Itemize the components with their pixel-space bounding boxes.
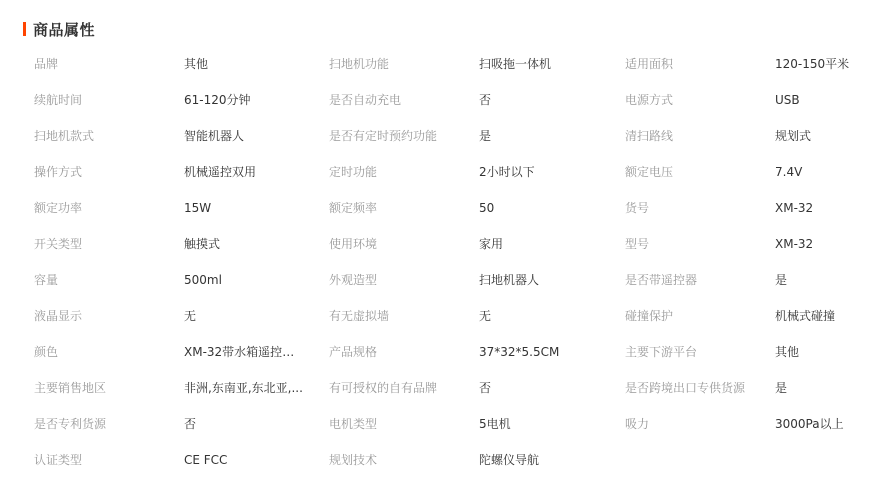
attribute-value: 61-120分钟 (184, 82, 304, 118)
attribute-label: 操作方式 (34, 154, 174, 190)
attribute-row: 认证类型 CE FCC 规划技术 陀螺仪导航 (0, 442, 883, 478)
attribute-value: 扫吸拖一体机 (479, 46, 614, 82)
attribute-label: 是否自动充电 (329, 82, 474, 118)
attribute-value: 其他 (775, 334, 880, 370)
attribute-value: 否 (479, 82, 614, 118)
attribute-label: 吸力 (625, 406, 770, 442)
attribute-label: 货号 (625, 190, 770, 226)
attribute-value: 7.4V (775, 154, 880, 190)
attribute-label: 扫地机功能 (329, 46, 474, 82)
attribute-label: 规划技术 (329, 442, 474, 478)
attribute-label (625, 442, 770, 478)
attribute-value: 非洲,东南亚,东北亚,... (184, 370, 304, 406)
attribute-label: 碰撞保护 (625, 298, 770, 334)
attribute-label: 电源方式 (625, 82, 770, 118)
attribute-row: 液晶显示 无 有无虚拟墙 无 碰撞保护 机械式碰撞 (0, 298, 883, 334)
attribute-value: 无 (479, 298, 614, 334)
attribute-label: 清扫路线 (625, 118, 770, 154)
attribute-row: 容量 500ml 外观造型 扫地机器人 是否带遥控器 是 (0, 262, 883, 298)
attribute-value (775, 442, 880, 478)
attribute-value: 是 (479, 118, 614, 154)
attribute-row: 额定功率 15W 额定频率 50 货号 XM-32 (0, 190, 883, 226)
attribute-label: 续航时间 (34, 82, 174, 118)
attribute-value: 3000Pa以上 (775, 406, 880, 442)
attribute-label: 主要销售地区 (34, 370, 174, 406)
attribute-value: 15W (184, 190, 304, 226)
attribute-value: XM-32 (775, 190, 880, 226)
attribute-row: 主要销售地区 非洲,东南亚,东北亚,... 有可授权的自有品牌 否 是否跨境出口… (0, 370, 883, 406)
attribute-value: 否 (479, 370, 614, 406)
attribute-value: CE FCC (184, 442, 304, 478)
attribute-label: 品牌 (34, 46, 174, 82)
attribute-value: XM-32带水箱遥控黑... (184, 334, 304, 370)
attribute-value: 无 (184, 298, 304, 334)
attribute-label: 认证类型 (34, 442, 174, 478)
attribute-label: 开关类型 (34, 226, 174, 262)
attribute-row: 品牌 其他 扫地机功能 扫吸拖一体机 适用面积 120-150平米 (0, 46, 883, 82)
attribute-label: 额定频率 (329, 190, 474, 226)
attribute-label: 是否专利货源 (34, 406, 174, 442)
attribute-label: 外观造型 (329, 262, 474, 298)
attribute-value: 120-150平米 (775, 46, 880, 82)
attribute-label: 适用面积 (625, 46, 770, 82)
attribute-value: 50 (479, 190, 614, 226)
attribute-value: 其他 (184, 46, 304, 82)
attribute-label: 有无虚拟墙 (329, 298, 474, 334)
attribute-label: 主要下游平台 (625, 334, 770, 370)
attribute-value: 是 (775, 262, 880, 298)
attribute-label: 是否带遥控器 (625, 262, 770, 298)
attribute-value: 触摸式 (184, 226, 304, 262)
attribute-label: 有可授权的自有品牌 (329, 370, 474, 406)
attribute-label: 扫地机款式 (34, 118, 174, 154)
attribute-value: XM-32 (775, 226, 880, 262)
attribute-label: 定时功能 (329, 154, 474, 190)
attribute-label: 是否跨境出口专供货源 (625, 370, 770, 406)
attribute-row: 颜色 XM-32带水箱遥控黑... 产品规格 37*32*5.5CM 主要下游平… (0, 334, 883, 370)
attribute-label: 型号 (625, 226, 770, 262)
attribute-label: 颜色 (34, 334, 174, 370)
attribute-value: 陀螺仪导航 (479, 442, 614, 478)
attribute-value: 规划式 (775, 118, 880, 154)
attribute-label: 产品规格 (329, 334, 474, 370)
attribute-row: 操作方式 机械遥控双用 定时功能 2小时以下 额定电压 7.4V (0, 154, 883, 190)
attribute-value: 是 (775, 370, 880, 406)
attribute-value: 37*32*5.5CM (479, 334, 614, 370)
section-header: 商品属性 (23, 19, 95, 39)
attribute-row: 开关类型 触摸式 使用环境 家用 型号 XM-32 (0, 226, 883, 262)
attribute-label: 容量 (34, 262, 174, 298)
attribute-value: 500ml (184, 262, 304, 298)
attribute-label: 额定电压 (625, 154, 770, 190)
attribute-value: 5电机 (479, 406, 614, 442)
attribute-row: 扫地机款式 智能机器人 是否有定时预约功能 是 清扫路线 规划式 (0, 118, 883, 154)
attributes-table: 品牌 其他 扫地机功能 扫吸拖一体机 适用面积 120-150平米 续航时间 6… (0, 46, 883, 478)
attribute-value: USB (775, 82, 880, 118)
attribute-label: 液晶显示 (34, 298, 174, 334)
attribute-value: 否 (184, 406, 304, 442)
attribute-label: 额定功率 (34, 190, 174, 226)
accent-bar (23, 22, 26, 36)
attribute-label: 电机类型 (329, 406, 474, 442)
attribute-row: 是否专利货源 否 电机类型 5电机 吸力 3000Pa以上 (0, 406, 883, 442)
attribute-label: 是否有定时预约功能 (329, 118, 474, 154)
section-title: 商品属性 (33, 19, 95, 40)
attribute-value: 机械式碰撞 (775, 298, 880, 334)
attribute-row: 续航时间 61-120分钟 是否自动充电 否 电源方式 USB (0, 82, 883, 118)
attribute-value: 扫地机器人 (479, 262, 614, 298)
attribute-value: 2小时以下 (479, 154, 614, 190)
attribute-value: 智能机器人 (184, 118, 304, 154)
attribute-value: 家用 (479, 226, 614, 262)
attribute-value: 机械遥控双用 (184, 154, 304, 190)
attribute-label: 使用环境 (329, 226, 474, 262)
